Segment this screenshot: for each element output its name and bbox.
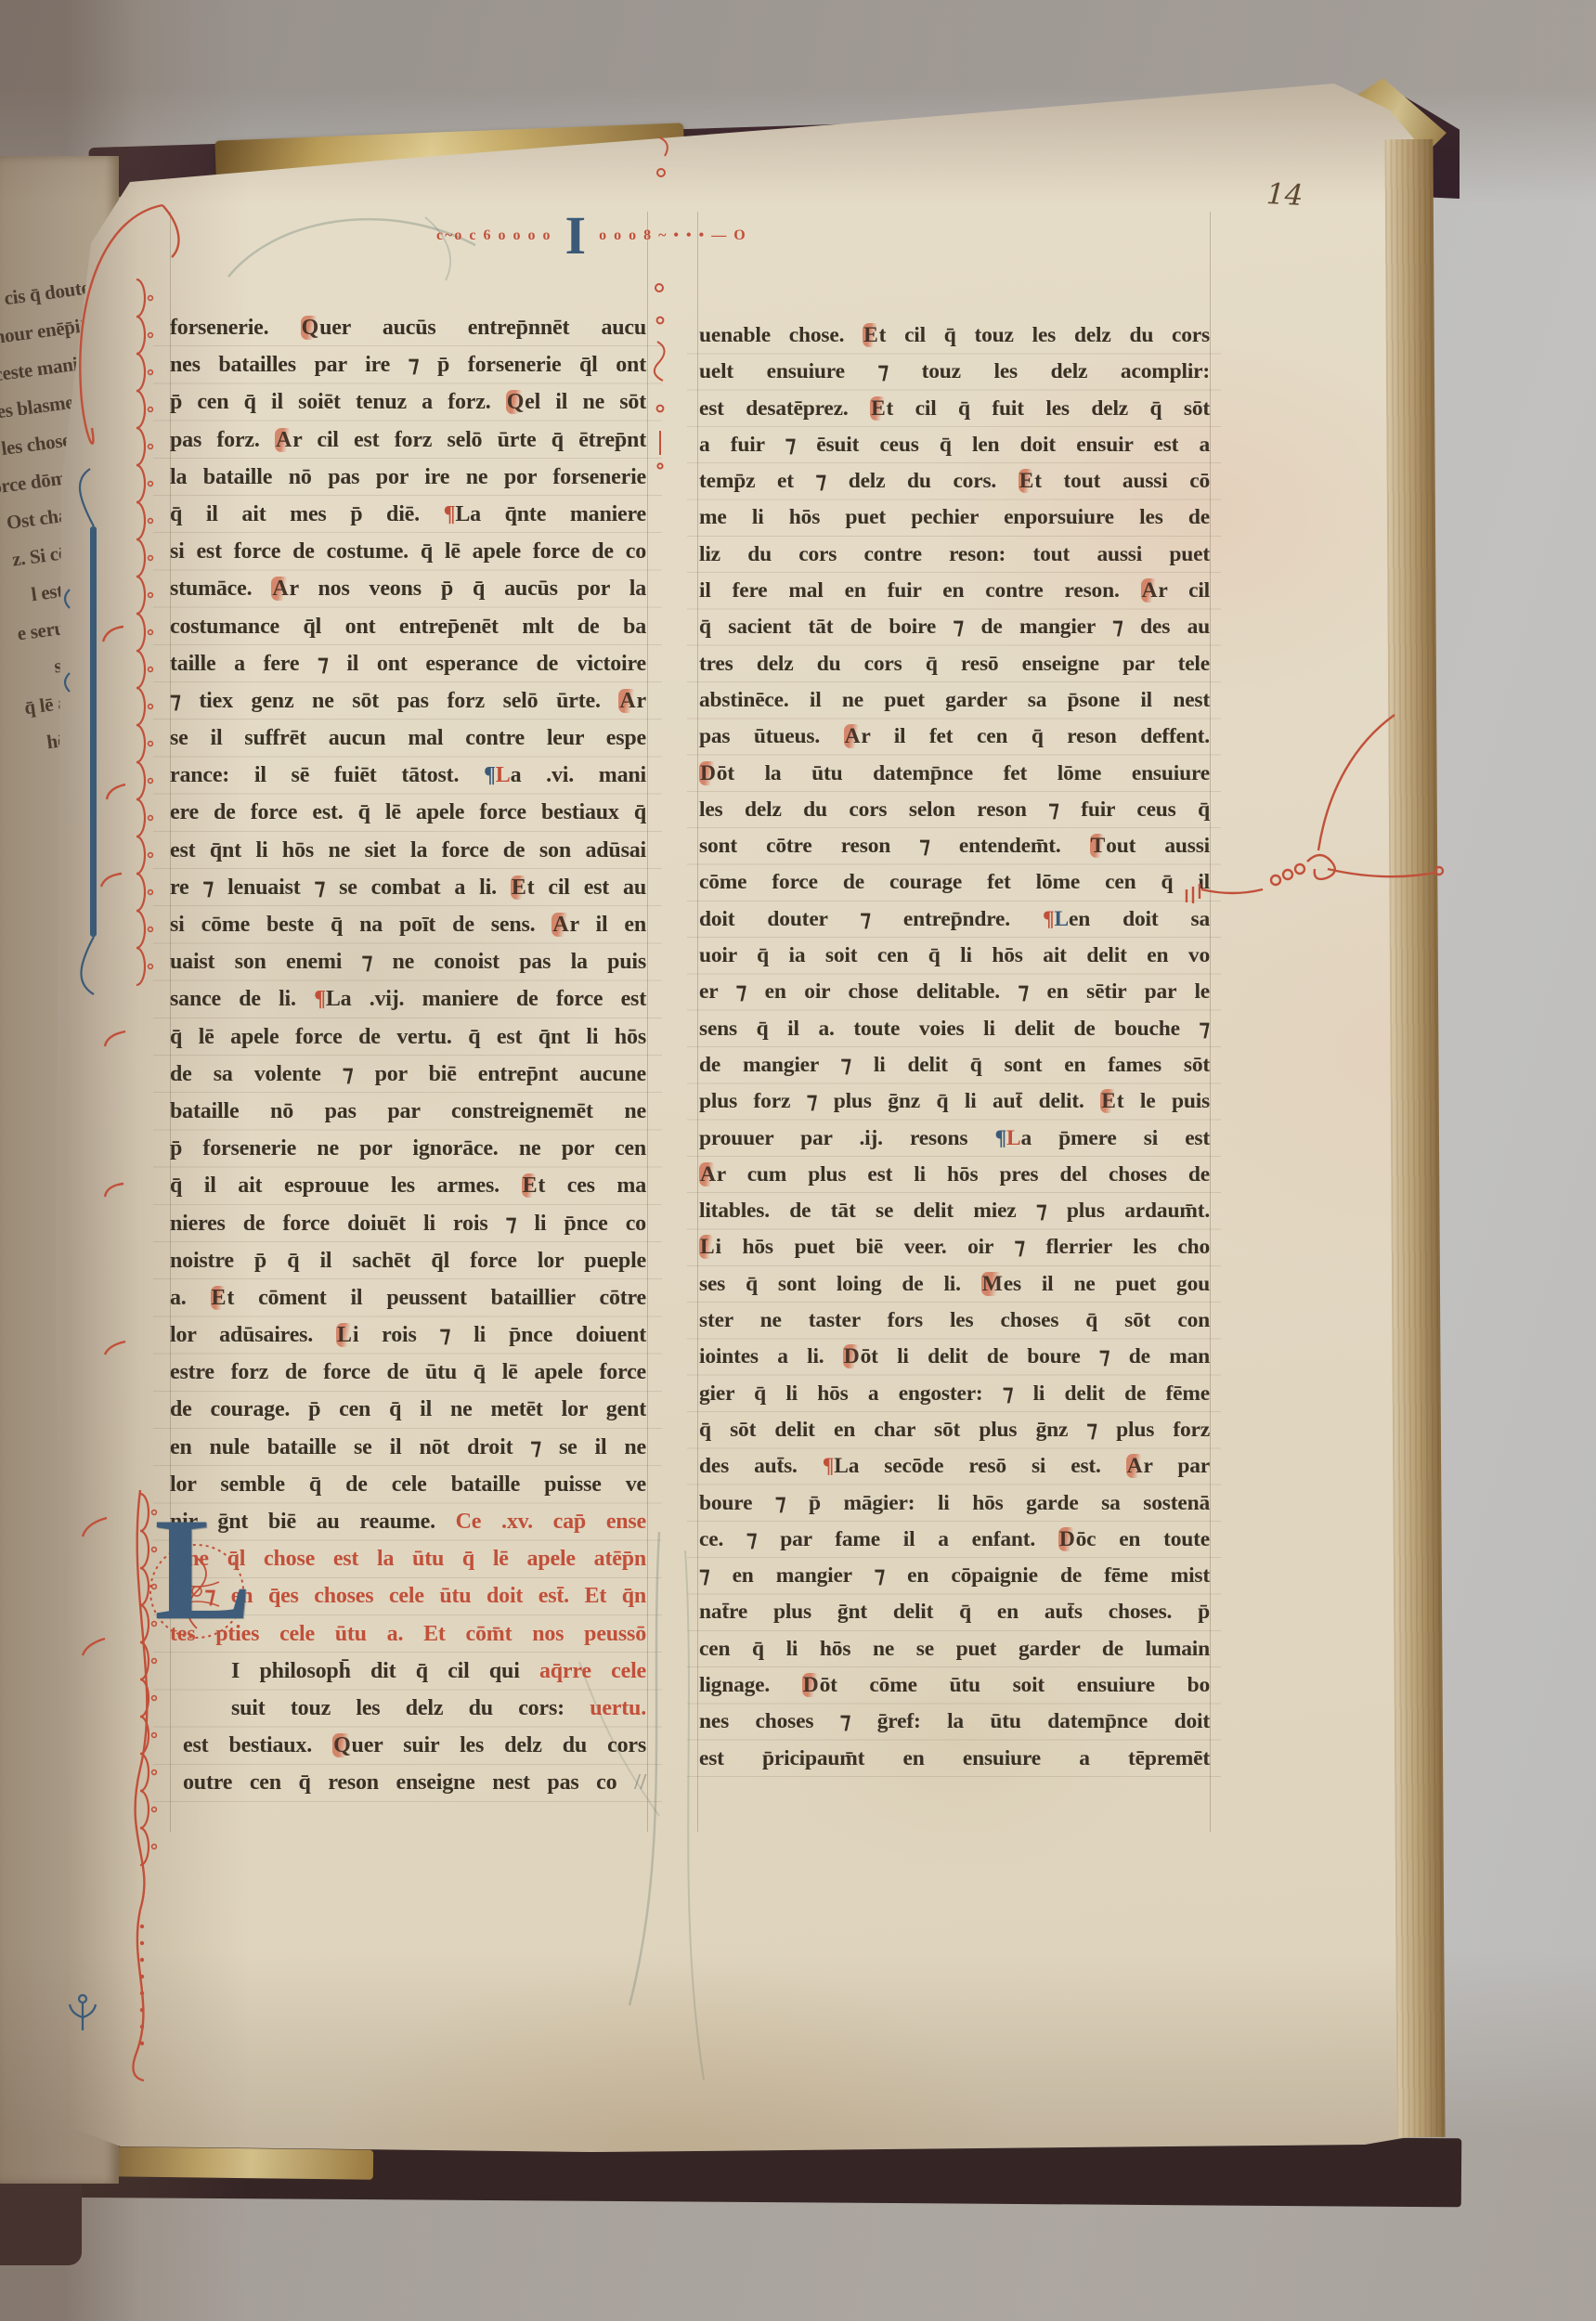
highlighted-capital: A	[271, 577, 289, 601]
text-segment: noistre p̄ q̄ il sachēt q̄l force lor pu…	[170, 1249, 646, 1273]
highlighted-capital: A	[699, 1162, 717, 1186]
rubric-segment: uertu.	[590, 1696, 646, 1720]
text-line: Dōt la ūtu datemp̄nce fet lōme ensuiure	[699, 756, 1210, 792]
rubric-segment: ¶	[823, 1454, 835, 1478]
text-segment: La .vij. maniere de force est	[326, 987, 646, 1011]
text-segment: outre cen q̄ reson enseigne nest pas co	[183, 1770, 634, 1795]
text-segment: pas ūtueus.	[699, 724, 844, 748]
text-segment: ōt li delit de boure ⁊ de man	[861, 1344, 1210, 1368]
text-segment: il fere mal en fuir en contre reson.	[699, 578, 1141, 603]
highlighted-capital: D	[1058, 1527, 1076, 1551]
highlighted-capital: Q	[506, 390, 525, 414]
text-segment: t ces ma	[538, 1173, 646, 1198]
text-segment: stumāce.	[170, 577, 271, 601]
text-line: taille a fere ⁊ il ont esperance de vict…	[170, 645, 646, 682]
text-line: si cōme beste q̄ na poīt de sens. Ar il …	[170, 906, 646, 943]
highlighted-capital: E	[522, 1173, 538, 1198]
text-line: doit douter ⁊ entrep̄ndre. ¶Len doit sa	[699, 901, 1210, 938]
text-segment: temp̄z et ⁊ delz du cors.	[699, 469, 1019, 493]
text-line: q̄ sacient tāt de boire ⁊ de mangier ⁊ d…	[699, 609, 1210, 645]
text-line: abstinēce. il ne puet garder sa p̄sone i…	[699, 682, 1210, 719]
highlighted-capital: A	[1126, 1454, 1144, 1478]
text-segment: re ⁊ lenuaist ⁊ se combat a li.	[170, 875, 511, 900]
text-line: uelt ensuiure ⁊ touz les delz acomplir:	[699, 354, 1210, 390]
text-segment: rance: il sē fuiēt tātost.	[170, 763, 484, 787]
text-line: q̄ lē apele force de vertu. q̄ est q̄nt …	[170, 1018, 646, 1056]
text-segment: sance de li.	[170, 987, 314, 1011]
text-segment: pas forz.	[170, 428, 275, 452]
text-segment: lignage.	[699, 1673, 802, 1697]
text-segment: en doit sa	[1069, 907, 1210, 931]
text-line: p̄ cen q̄ il soiēt tenuz a forz. Qel il …	[170, 383, 646, 421]
text-line: nes choses ⁊ ḡref: la ūtu datemp̄nce do…	[699, 1704, 1210, 1740]
text-segment: uenable chose.	[699, 323, 863, 347]
highlighted-capital: D	[802, 1673, 820, 1697]
text-segment: a p̄mere si est	[1020, 1126, 1210, 1150]
text-segment: ce. ⁊ par fame il a enfant.	[699, 1527, 1058, 1551]
text-line: nes batailles par ire ⁊ p̄ forsenerie q̄…	[170, 346, 646, 383]
text-segment: uer suir les delz du cors	[352, 1733, 646, 1757]
text-line: outre cen q̄ reson enseigne nest pas co …	[170, 1764, 646, 1801]
running-header: c~o c 6 o o o o I o o o 8 ~ • • • — O	[436, 199, 919, 273]
text-segment: en nule bataille se il nōt droit ⁊ se il…	[170, 1435, 646, 1459]
text-line: Li hōs puet biē veer. oir ⁊ flerrier les…	[699, 1229, 1210, 1265]
photograph: cis q̄ doute hōnour enēp̄iēt aūen ceste …	[0, 0, 1596, 2321]
ruling-line-vertical	[697, 212, 698, 1832]
highlighted-capital: E	[211, 1286, 227, 1310]
highlighted-capital: A	[1141, 578, 1159, 603]
text-line: en nule bataille se il nōt droit ⁊ se il…	[170, 1429, 646, 1466]
text-segment: a fuir ⁊ ēsuit ceus q̄ len doit ensuir e…	[699, 433, 1210, 457]
text-line: ce. ⁊ par fame il a enfant. Dōc en toute	[699, 1522, 1210, 1558]
text-segment: taille a fere ⁊ il ont esperance de vict…	[170, 652, 646, 676]
text-line: la bataille nō pas por ire ne por forsen…	[170, 459, 646, 496]
text-line: de courage. p̄ cen q̄ il ne metēt lor ge…	[170, 1391, 646, 1428]
text-line: si est force de costume. q̄ lē apele for…	[170, 533, 646, 570]
text-line: les delz du cors selon reson ⁊ fuir ceus…	[699, 792, 1210, 828]
rubric-segment: ¶	[314, 987, 326, 1011]
text-line: bataille nō pas par constreignemēt ne	[170, 1093, 646, 1130]
text-line: est p̄ricipaum̄t en ensuiure a tēpremēt	[699, 1741, 1210, 1777]
text-line: costumance q̄l ont entrep̄enēt mlt de ba	[170, 608, 646, 645]
text-segment: cōme force de courage fet lōme cen q̄ il	[699, 870, 1210, 894]
text-segment: nes batailles par ire ⁊ p̄ forsenerie q̄…	[170, 353, 646, 377]
highlighted-capital: D	[699, 761, 717, 785]
text-segment: doit douter ⁊ entrep̄ndre.	[699, 907, 1043, 931]
blue-segment: L	[1055, 907, 1069, 931]
text-segment: si cōme beste q̄ na poīt de sens.	[170, 913, 551, 937]
text-line: uenable chose. Et cil q̄ touz les delz d…	[699, 318, 1210, 354]
text-segment: si est force de costume. q̄ lē apele for…	[170, 539, 646, 564]
rubric-segment: ¶	[444, 502, 456, 526]
text-segment: les delz du cors selon reson ⁊ fuir ceus…	[699, 797, 1210, 822]
text-line: suit touz les delz du cors: uertu.	[170, 1690, 646, 1727]
text-segment: boure ⁊ p̄ māgier: li hōs garde sa soste…	[699, 1491, 1210, 1515]
text-segment: est q̄nt li hōs ne siet la force de son …	[170, 838, 646, 862]
text-line: me li hōs puet pechier enporsuiure les d…	[699, 499, 1210, 536]
text-line: rance: il sē fuiēt tātost. ¶La .vi. mani	[170, 757, 646, 794]
text-segment: q̄ sacient tāt de boire ⁊ de mangier ⁊ d…	[699, 615, 1210, 639]
text-line: est desatēprez. Et cil q̄ fuit les delz …	[699, 391, 1210, 427]
text-segment: ōc en toute	[1076, 1527, 1210, 1551]
text-line: litables. de tāt se delit miez ⁊ plus ar…	[699, 1193, 1210, 1229]
text-line: se il suffrēt aucun mal contre leur espe	[170, 720, 646, 757]
highlighted-capital: L	[336, 1323, 353, 1347]
text-segment: de mangier ⁊ li delit q̄ sont en fames s…	[699, 1053, 1210, 1077]
text-segment: sont cōtre reson ⁊ entendem̄t.	[699, 834, 1090, 858]
header-penwork-left-icon: c~o c 6 o o o o	[436, 227, 552, 244]
text-line: uoir q̄ ia soit cen q̄ li hōs ait delit …	[699, 938, 1210, 974]
text-segment: nat̄re plus ḡnt delit q̄ en aut̄s chose…	[699, 1600, 1210, 1624]
rubric-segment: ¶	[1043, 907, 1055, 931]
text-line: q̄ il ait esprouue les armes. Et ces ma	[170, 1167, 646, 1204]
text-segment: r il fet cen q̄ reson deffent.	[861, 724, 1210, 748]
text-line: est q̄nt li hōs ne siet la force de son …	[170, 832, 646, 869]
text-line: sens q̄ il a. toute voies li delit de bo…	[699, 1011, 1210, 1047]
highlighted-capital: D	[843, 1344, 861, 1368]
highlighted-capital: Q	[301, 316, 319, 340]
text-line: ⁊ tiex genz ne sōt pas forz selō ūrte. A…	[170, 682, 646, 720]
rubric-segment: L	[1006, 1126, 1020, 1150]
text-segment: p̄ forsenerie ne por ignorāce. ne por ce…	[170, 1136, 646, 1160]
text-line: lignage. Dōt cōme ūtu soit ensuiure bo	[699, 1667, 1210, 1704]
text-line: est bestiaux. Quer suir les delz du cors	[170, 1727, 646, 1764]
blue-segment: ¶	[484, 763, 496, 787]
text-line: q̄ il ait mes p̄ diē. ¶La q̄nte maniere	[170, 496, 646, 533]
text-segment: r cil	[1158, 578, 1210, 603]
text-segment: La secōde resō si est.	[834, 1454, 1125, 1478]
text-segment: p̄ cen q̄ il soiēt tenuz a forz.	[170, 390, 506, 414]
rubric-segment: Ce .xv. cap̄ ense	[456, 1510, 646, 1534]
text-line: boure ⁊ p̄ māgier: li hōs garde sa soste…	[699, 1485, 1210, 1522]
text-line: sance de li. ¶La .vij. maniere de force …	[170, 980, 646, 1018]
text-segment: cen q̄ li hōs ne se puet garder de lumai…	[699, 1637, 1210, 1661]
text-line: pas ūtueus. Ar il fet cen q̄ reson deffe…	[699, 719, 1210, 755]
text-line: ster ne taster fors les choses q̄ sōt co…	[699, 1303, 1210, 1339]
text-segment: r cil est forz selō ūrte q̄ ētrep̄nt	[292, 428, 646, 452]
text-segment: plus forz ⁊ plus ḡnz q̄ li aut̄ delit.	[699, 1089, 1100, 1113]
text-segment: t cōment il peussent bataillier cōtre	[227, 1286, 646, 1310]
highlighted-capital: E	[870, 396, 886, 421]
text-line: plus forz ⁊ plus ḡnz q̄ li aut̄ delit. …	[699, 1083, 1210, 1120]
text-line: forsenerie. Quer aucūs entrep̄nnēt aucu	[170, 309, 646, 346]
text-line: p̄ forsenerie ne por ignorāce. ne por ce…	[170, 1130, 646, 1167]
text-segment: uer aucūs entrep̄nnēt aucu	[319, 316, 646, 340]
text-segment: forsenerie.	[170, 316, 301, 340]
text-segment: i rois ⁊ li p̄nce doiuent	[353, 1323, 646, 1347]
text-segment: iointes a li.	[699, 1344, 843, 1368]
text-segment: sens q̄ il a. toute voies li delit de bo…	[699, 1017, 1210, 1041]
ruling-line-vertical	[1210, 212, 1211, 1832]
text-line: stumāce. Ar nos veons p̄ q̄ aucūs por la	[170, 570, 646, 607]
text-segment: des aut̄s.	[699, 1454, 823, 1478]
text-segment: r	[637, 689, 646, 713]
running-title-letter: I	[552, 209, 600, 263]
text-line: sont cōtre reson ⁊ entendem̄t. Tout auss…	[699, 828, 1210, 864]
illuminated-initial-L: L	[136, 1517, 262, 1690]
text-line: ere de force est. q̄ lē apele force best…	[170, 794, 646, 831]
text-line: tres delz du cors q̄ resō enseigne par t…	[699, 646, 1210, 682]
text-line: temp̄z et ⁊ delz du cors. Et tout aussi …	[699, 463, 1210, 499]
text-line: ses q̄ sont loing de li. Mes il ne puet …	[699, 1266, 1210, 1303]
text-segment: q̄ lē apele force de vertu. q̄ est q̄nt …	[170, 1025, 646, 1049]
text-segment: i hōs puet biē veer. oir ⁊ flerrier les …	[715, 1235, 1210, 1259]
text-line: noistre p̄ q̄ il sachēt q̄l force lor pu…	[170, 1242, 646, 1279]
highlighted-capital: A	[551, 913, 569, 937]
text-segment: liz du cors contre reson: tout aussi pue…	[699, 542, 1210, 566]
text-segment: est p̄ricipaum̄t en ensuiure a tēpremēt	[699, 1746, 1210, 1770]
highlighted-capital: A	[275, 428, 292, 452]
text-segment: es il ne puet gou	[1004, 1272, 1210, 1296]
text-line: ⁊ en mangier ⁊ en cōpaignie de fēme mist	[699, 1558, 1210, 1594]
text-segment: est bestiaux.	[183, 1733, 332, 1757]
text-segment: el il ne sōt	[525, 390, 646, 414]
text-segment: r cum plus est li hōs pres del choses de	[717, 1162, 1210, 1186]
header-penwork-right-icon: o o o 8 ~ • • • — O	[599, 227, 747, 244]
text-line: il fere mal en fuir en contre reson. Ar …	[699, 573, 1210, 609]
text-segment: t le puis	[1117, 1089, 1210, 1113]
text-segment: uoir q̄ ia soit cen q̄ li hōs ait delit …	[699, 943, 1210, 967]
text-line: iointes a li. Dōt li delit de boure ⁊ de…	[699, 1339, 1210, 1375]
text-segment: costumance q̄l ont entrep̄enēt mlt de ba	[170, 615, 646, 639]
text-segment: r nos veons p̄ q̄ aucūs por la	[290, 577, 647, 601]
text-segment: ses q̄ sont loing de li.	[699, 1272, 981, 1296]
text-line: q̄ sōt delit en char sōt plus ḡnz ⁊ plu…	[699, 1412, 1210, 1448]
text-segment: uaist son enemi ⁊ ne conoist pas la puis	[170, 950, 646, 974]
text-segment: se il suffrēt aucun mal contre leur espe	[170, 726, 646, 750]
text-segment: t tout aussi cō	[1034, 469, 1210, 493]
highlighted-capital: E	[1019, 469, 1034, 493]
text-segment: a.	[170, 1286, 211, 1310]
text-segment: me li hōs puet pechier enporsuiure les d…	[699, 505, 1210, 529]
text-line: de mangier ⁊ li delit q̄ sont en fames s…	[699, 1047, 1210, 1083]
highlighted-capital: A	[618, 689, 636, 713]
text-segment: lor adūsaires.	[170, 1323, 336, 1347]
text-segment: r par	[1144, 1454, 1210, 1478]
text-segment: suit touz les delz du cors:	[231, 1696, 590, 1720]
text-segment: q̄ sōt delit en char sōt plus ḡnz ⁊ plu…	[699, 1418, 1210, 1442]
text-segment: t cil est au	[527, 875, 646, 900]
text-segment: r il en	[570, 913, 646, 937]
text-line: cōme force de courage fet lōme cen q̄ il	[699, 864, 1210, 901]
text-segment: ⁊ tiex genz ne sōt pas forz selō ūrte.	[170, 689, 618, 713]
highlighted-capital: A	[844, 724, 862, 748]
text-line: prouuer par .ij. resons ¶La p̄mere si es…	[699, 1121, 1210, 1157]
text-line: nieres de force doiuēt li rois ⁊ li p̄nc…	[170, 1205, 646, 1242]
text-segment: q̄ il ait mes p̄ diē.	[170, 502, 444, 526]
text-segment: t cil q̄ touz les delz du cors	[879, 323, 1210, 347]
text-segment: bataille nō pas par constreignemēt ne	[170, 1099, 646, 1123]
text-line: nat̄re plus ḡnt delit q̄ en aut̄s chose…	[699, 1594, 1210, 1630]
text-segment: abstinēce. il ne puet garder sa p̄sone i…	[699, 688, 1210, 712]
text-line: Ar cum plus est li hōs pres del choses d…	[699, 1157, 1210, 1193]
text-line: a. Et cōment il peussent bataillier cōtr…	[170, 1279, 646, 1316]
text-segment: //	[634, 1770, 646, 1795]
rubric-segment: L	[496, 763, 511, 787]
blue-segment: ¶	[994, 1126, 1006, 1150]
text-line: liz du cors contre reson: tout aussi pue…	[699, 537, 1210, 573]
highlighted-capital: M	[981, 1272, 1004, 1296]
text-segment: ster ne taster fors les choses q̄ sōt co…	[699, 1308, 1210, 1332]
folio-number: 14	[1265, 177, 1304, 213]
text-segment: estre forz de force de ūtu q̄ lē apele f…	[170, 1360, 646, 1384]
text-line: re ⁊ lenuaist ⁊ se combat a li. Et cil e…	[170, 869, 646, 906]
text-line: de sa volente ⁊ por biē entrep̄nt aucune	[170, 1056, 646, 1093]
text-segment: uelt ensuiure ⁊ touz les delz acomplir:	[699, 359, 1210, 383]
text-segment: ⁊ en mangier ⁊ en cōpaignie de fēme mist	[699, 1563, 1210, 1588]
highlighted-capital: T	[1090, 834, 1106, 858]
text-line: er ⁊ en oir chose delitable. ⁊ en sētir …	[699, 974, 1210, 1010]
text-line: pas forz. Ar cil est forz selō ūrte q̄ ē…	[170, 421, 646, 459]
text-segment: gier q̄ li hōs a engoster: ⁊ li delit de…	[699, 1381, 1210, 1406]
text-segment: prouuer par .ij. resons	[699, 1126, 994, 1150]
text-line: estre forz de force de ūtu q̄ lē apele f…	[170, 1354, 646, 1391]
text-segment: nes choses ⁊ ḡref: la ūtu datemp̄nce do…	[699, 1709, 1210, 1733]
text-line: des aut̄s. ¶La secōde resō si est. Ar pa…	[699, 1448, 1210, 1485]
highlighted-capital: E	[511, 875, 527, 900]
highlighted-capital: E	[863, 323, 878, 347]
text-segment: de sa volente ⁊ por biē entrep̄nt aucune	[170, 1062, 646, 1086]
text-column-right: uenable chose. Et cil q̄ touz les delz d…	[699, 318, 1210, 1777]
text-segment: La q̄nte maniere	[455, 502, 646, 526]
text-segment: t cil q̄ fuit les delz q̄ sōt	[887, 396, 1210, 421]
gilt-edge-bottom	[102, 2146, 373, 2180]
text-segment: er ⁊ en oir chose delitable. ⁊ en sētir …	[699, 979, 1210, 1004]
highlighted-capital: Q	[332, 1733, 351, 1757]
text-segment: la bataille nō pas por ire ne por forsen…	[170, 465, 646, 489]
text-line: lor adūsaires. Li rois ⁊ li p̄nce doiuen…	[170, 1316, 646, 1354]
text-segment: est desatēprez.	[699, 396, 870, 421]
text-segment: ere de force est. q̄ lē apele force best…	[170, 800, 646, 824]
highlighted-capital: L	[699, 1235, 715, 1259]
text-segment: ōt cōme ūtu soit ensuiure bo	[820, 1673, 1210, 1697]
text-segment: I philosoph̄ dit q̄ cil qui	[231, 1659, 539, 1683]
text-segment: nieres de force doiuēt li rois ⁊ li p̄nc…	[170, 1212, 646, 1236]
text-segment: a .vi. mani	[511, 763, 646, 787]
text-segment: litables. de tāt se delit miez ⁊ plus ar…	[699, 1199, 1210, 1223]
text-segment: tres delz du cors q̄ resō enseigne par t…	[699, 652, 1210, 676]
highlighted-capital: E	[1100, 1089, 1116, 1113]
initial-letter: L	[154, 1497, 252, 1643]
ruling-line-vertical	[647, 212, 648, 1832]
text-line: gier q̄ li hōs a engoster: ⁊ li delit de…	[699, 1376, 1210, 1412]
text-segment: de courage. p̄ cen q̄ il ne metēt lor ge…	[170, 1397, 646, 1421]
rubric-segment: aq̄rre cele	[539, 1659, 646, 1683]
text-segment: q̄ il ait esprouue les armes.	[170, 1173, 522, 1198]
text-line: uaist son enemi ⁊ ne conoist pas la puis	[170, 943, 646, 980]
text-line: cen q̄ li hōs ne se puet garder de lumai…	[699, 1631, 1210, 1667]
text-segment: out aussi	[1106, 834, 1210, 858]
text-segment: ōt la ūtu datemp̄nce fet lōme ensuiure	[717, 761, 1210, 785]
text-line: a fuir ⁊ ēsuit ceus q̄ len doit ensuir e…	[699, 427, 1210, 463]
